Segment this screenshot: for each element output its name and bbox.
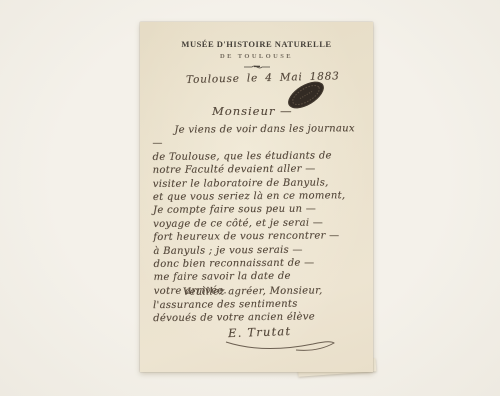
letter-body: Je viens de voir dans les journaux —de T…	[152, 122, 362, 298]
letterhead-subtitle: DE TOULOUSE	[140, 53, 373, 60]
handwritten-line: dévoués de votre ancien élève	[153, 310, 361, 325]
handwritten-line: de Toulouse, que les étudiants de	[152, 149, 360, 164]
letterhead-title: MUSÉE D'HISTOIRE NATURELLE	[140, 39, 373, 49]
salutation: Monsieur —	[212, 104, 293, 118]
handwritten-line: fort heureux de vous rencontrer —	[153, 229, 361, 244]
letter-page: MUSÉE D'HISTOIRE NATURELLE DE TOULOUSE T…	[140, 22, 373, 372]
handwritten-line: Je viens de voir dans les journaux —	[152, 122, 360, 151]
letter-closing: Veuillez agréer, Monsieur,l'assurance de…	[153, 284, 361, 326]
photo-backdrop: MUSÉE D'HISTOIRE NATURELLE DE TOULOUSE T…	[0, 0, 500, 396]
handwritten-line: et que vous seriez là en ce moment,	[153, 189, 361, 204]
letterhead-flourish-ornament	[243, 63, 271, 70]
signature-flourish	[218, 330, 338, 360]
